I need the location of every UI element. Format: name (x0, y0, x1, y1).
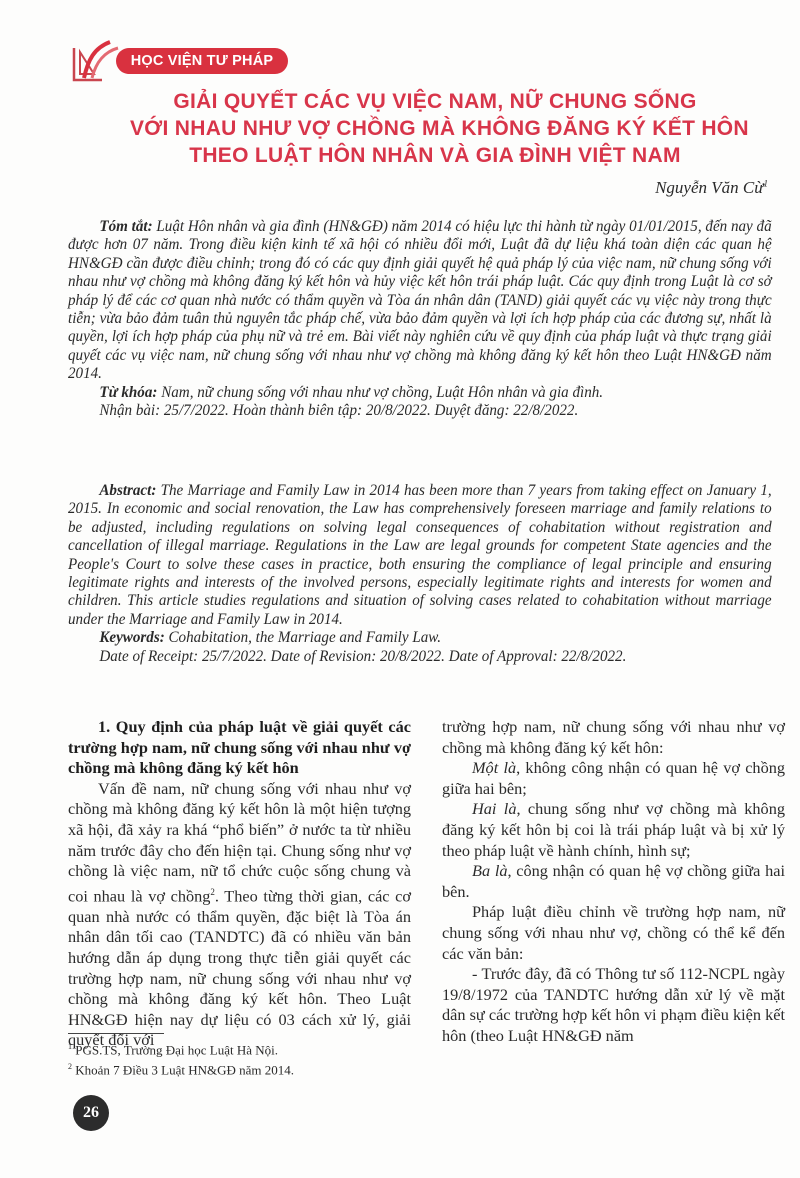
english-abstract: Abstract: The Marriage and Family Law in… (68, 482, 772, 666)
title-line: VỚI NHAU NHƯ VỢ CHỒNG MÀ KHÔNG ĐĂNG KÝ K… (130, 115, 740, 142)
list-item: Ba là, công nhận có quan hệ vợ chồng giữ… (442, 861, 785, 902)
footnote: 2 Khoản 7 Điều 3 Luật HN&GĐ năm 2014. (68, 1058, 294, 1078)
author-text: Nguyễn Văn Cừ (655, 178, 763, 197)
body-paragraph: Pháp luật điều chỉnh về trường hợp nam, … (442, 902, 785, 964)
item-lead: Một là (472, 758, 516, 777)
journal-header: HỌC VIỆN TƯ PHÁP (72, 38, 332, 88)
page-number: 26 (73, 1095, 109, 1131)
footnote-text: Khoản 7 Điều 3 Luật HN&GĐ năm 2014. (72, 1063, 294, 1078)
abstract-text: The Marriage and Family Law in 2014 has … (68, 482, 772, 628)
item-lead: Hai là (472, 799, 516, 818)
list-item: Một là, không công nhận có quan hệ vợ ch… (442, 758, 785, 799)
keywords-label: Keywords: (99, 629, 164, 646)
left-column: 1. Quy định của pháp luật về giải quyết … (68, 717, 411, 1051)
vietnamese-abstract: Tóm tắt: Luật Hôn nhân và gia đình (HN&G… (68, 218, 772, 420)
footnote-divider (68, 1033, 164, 1034)
keywords-paragraph: Keywords: Cohabitation, the Marriage and… (68, 629, 772, 647)
summary-text: Luật Hôn nhân và gia đình (HN&GĐ) năm 20… (68, 218, 772, 382)
footnote-text: PGS.TS, Trường Đại học Luật Hà Nội. (72, 1042, 278, 1057)
paragraph-text: . Theo từng thời gian, các cơ quan nhà n… (68, 886, 411, 1049)
institution-badge: HỌC VIỆN TƯ PHÁP (116, 48, 288, 74)
summary-paragraph: Tóm tắt: Luật Hôn nhân và gia đình (HN&G… (68, 218, 772, 384)
academy-logo-icon (72, 38, 122, 82)
keywords-paragraph: Từ khóa: Nam, nữ chung sống với nhau như… (68, 384, 772, 402)
summary-label: Tóm tắt: (99, 218, 152, 235)
keywords-label: Từ khóa: (99, 384, 157, 401)
abstract-label: Abstract: (99, 482, 156, 499)
list-item: Hai là, chung sống như vợ chồng mà không… (442, 799, 785, 861)
abstract-paragraph: Abstract: The Marriage and Family Law in… (68, 482, 772, 629)
footnote: 1 PGS.TS, Trường Đại học Luật Hà Nội. (68, 1038, 294, 1058)
body-paragraph: trường hợp nam, nữ chung sống với nhau n… (442, 717, 785, 758)
title-line: GIẢI QUYẾT CÁC VỤ VIỆC NAM, NỮ CHUNG SỐN… (130, 88, 740, 115)
footnotes: 1 PGS.TS, Trường Đại học Luật Hà Nội. 2 … (68, 1038, 294, 1079)
article-title: GIẢI QUYẾT CÁC VỤ VIỆC NAM, NỮ CHUNG SỐN… (130, 88, 740, 169)
body-paragraph: - Trước đây, đã có Thông tư số 112-NCPL … (442, 964, 785, 1046)
body-paragraph: Vấn đề nam, nữ chung sống với nhau như v… (68, 779, 411, 1051)
keywords-text: Nam, nữ chung sống với nhau như vợ chồng… (157, 384, 603, 401)
author-footnote-ref: 1 (764, 178, 769, 188)
dates-line: Nhận bài: 25/7/2022. Hoàn thành biên tập… (68, 402, 772, 420)
author-name: Nguyễn Văn Cừ1 (655, 178, 768, 198)
item-lead: Ba là (472, 861, 507, 880)
section-heading: 1. Quy định của pháp luật về giải quyết … (68, 717, 411, 779)
dates-line: Date of Receipt: 25/7/2022. Date of Revi… (68, 648, 772, 666)
title-line: THEO LUẬT HÔN NHÂN VÀ GIA ĐÌNH VIỆT NAM (130, 142, 740, 169)
right-column: trường hợp nam, nữ chung sống với nhau n… (442, 717, 785, 1047)
keywords-text: Cohabitation, the Marriage and Family La… (165, 629, 441, 646)
